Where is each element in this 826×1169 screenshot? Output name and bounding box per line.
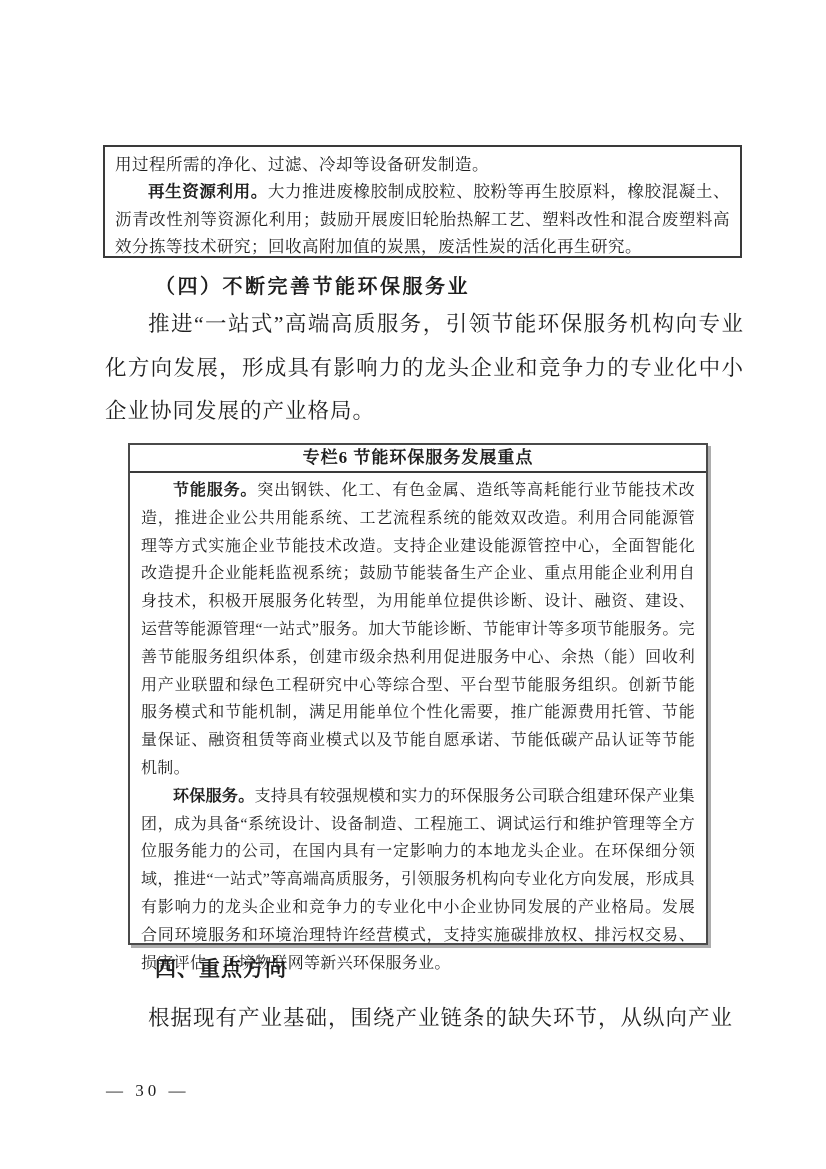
body-paragraph-services: 推进“一站式”高端高质服务，引领节能环保服务机构向专业化方向发展，形成具有影响力… bbox=[105, 303, 744, 434]
paragraph-lead-bold: 环保服务。 bbox=[173, 788, 255, 805]
paragraph-text: 突出钢铁、化工、有色金属、造纸等高耗能行业节能技术改造，推进企业公共用能系统、工… bbox=[141, 482, 695, 777]
box-text: 用过程所需的净化、过滤、冷却等设备研发制造。 bbox=[115, 155, 489, 174]
box6-title: 专栏6 节能环保服务发展重点 bbox=[130, 445, 706, 473]
box-paragraph-recycling: 再生资源利用。大力推进废橡胶制成胶粒、胶粉等再生胶原料，橡胶混凝土、沥青改性剂等… bbox=[115, 178, 730, 260]
paragraph-text: 支持具有较强规模和实力的环保服务公司联合组建环保产业集团，成为具备“系统设计、设… bbox=[141, 788, 695, 972]
box-paragraph-continuation: 用过程所需的净化、过滤、冷却等设备研发制造。 bbox=[115, 151, 730, 178]
body-paragraph-basis: 根据现有产业基础，围绕产业链条的缺失环节，从纵向产业 bbox=[105, 997, 744, 1041]
page-number: — 30 — bbox=[106, 1081, 190, 1101]
paragraph-lead-bold: 节能服务。 bbox=[173, 482, 257, 499]
paragraph-lead-bold: 再生资源利用。 bbox=[148, 182, 268, 201]
callout-box-6: 专栏6 节能环保服务发展重点 节能服务。突出钢铁、化工、有色金属、造纸等高耗能行… bbox=[128, 443, 708, 945]
box6-body: 节能服务。突出钢铁、化工、有色金属、造纸等高耗能行业节能技术改造，推进企业公共用… bbox=[130, 473, 706, 977]
callout-box-recycled-resources: 用过程所需的净化、过滤、冷却等设备研发制造。 再生资源利用。大力推进废橡胶制成胶… bbox=[103, 145, 742, 258]
document-page: 用过程所需的净化、过滤、冷却等设备研发制造。 再生资源利用。大力推进废橡胶制成胶… bbox=[0, 0, 826, 1169]
box6-paragraph-environmental: 环保服务。支持具有较强规模和实力的环保服务公司联合组建环保产业集团，成为具备“系… bbox=[141, 783, 695, 978]
box6-paragraph-energy-saving: 节能服务。突出钢铁、化工、有色金属、造纸等高耗能行业节能技术改造，推进企业公共用… bbox=[141, 477, 695, 783]
section-heading-4-4: （四）不断完善节能环保服务业 bbox=[105, 270, 792, 299]
chapter-heading-key-directions: 四、重点方向 bbox=[105, 953, 792, 983]
